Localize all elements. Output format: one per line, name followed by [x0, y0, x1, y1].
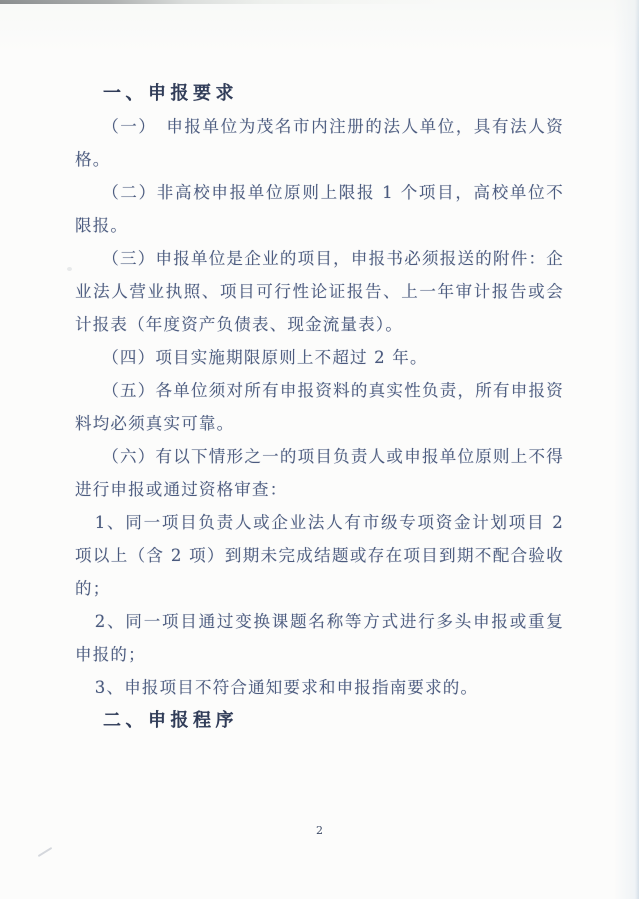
paragraph-item-2: （二）非高校申报单位原则上限报 1 个项目，高校单位不限报。	[75, 176, 564, 242]
list-item-2: 2、同一项目通过变换课题名称等方式进行多头申报或重复申报的；	[75, 605, 564, 671]
paragraph-item-4: （四）项目实施期限原则上不超过 2 年。	[75, 341, 564, 374]
paragraph-item-3: （三）申报单位是企业的项目，申报书必须报送的附件：企业法人营业执照、项目可行性论…	[75, 242, 564, 341]
paper-speck	[67, 267, 72, 271]
scanned-document-page: 一、申报要求 （一） 申报单位为茂名市内注册的法人单位，具有法人资格。 （二）非…	[0, 0, 639, 899]
list-item-3: 3、申报项目不符合通知要求和申报指南要求的。	[75, 671, 564, 704]
scan-scratch-mark	[38, 847, 53, 857]
section-heading-application-requirements: 一、申报要求	[75, 77, 564, 110]
scan-shadow-right-edge	[635, 0, 639, 899]
section-heading-application-procedure: 二、申报程序	[75, 704, 564, 737]
document-body: 一、申报要求 （一） 申报单位为茂名市内注册的法人单位，具有法人资格。 （二）非…	[75, 77, 564, 737]
page-number: 2	[0, 824, 639, 837]
list-item-1: 1、同一项目负责人或企业法人有市级专项资金计划项目 2 项以上（含 2 项）到期…	[75, 506, 564, 605]
scan-smudge-top-edge	[0, 0, 440, 4]
paragraph-item-6: （六）有以下情形之一的项目负责人或申报单位原则上不得进行申报或通过资格审查：	[75, 440, 564, 506]
paragraph-item-5: （五）各单位须对所有申报资料的真实性负责，所有申报资料均必须真实可靠。	[75, 374, 564, 440]
paragraph-item-1: （一） 申报单位为茂名市内注册的法人单位，具有法人资格。	[75, 110, 564, 176]
